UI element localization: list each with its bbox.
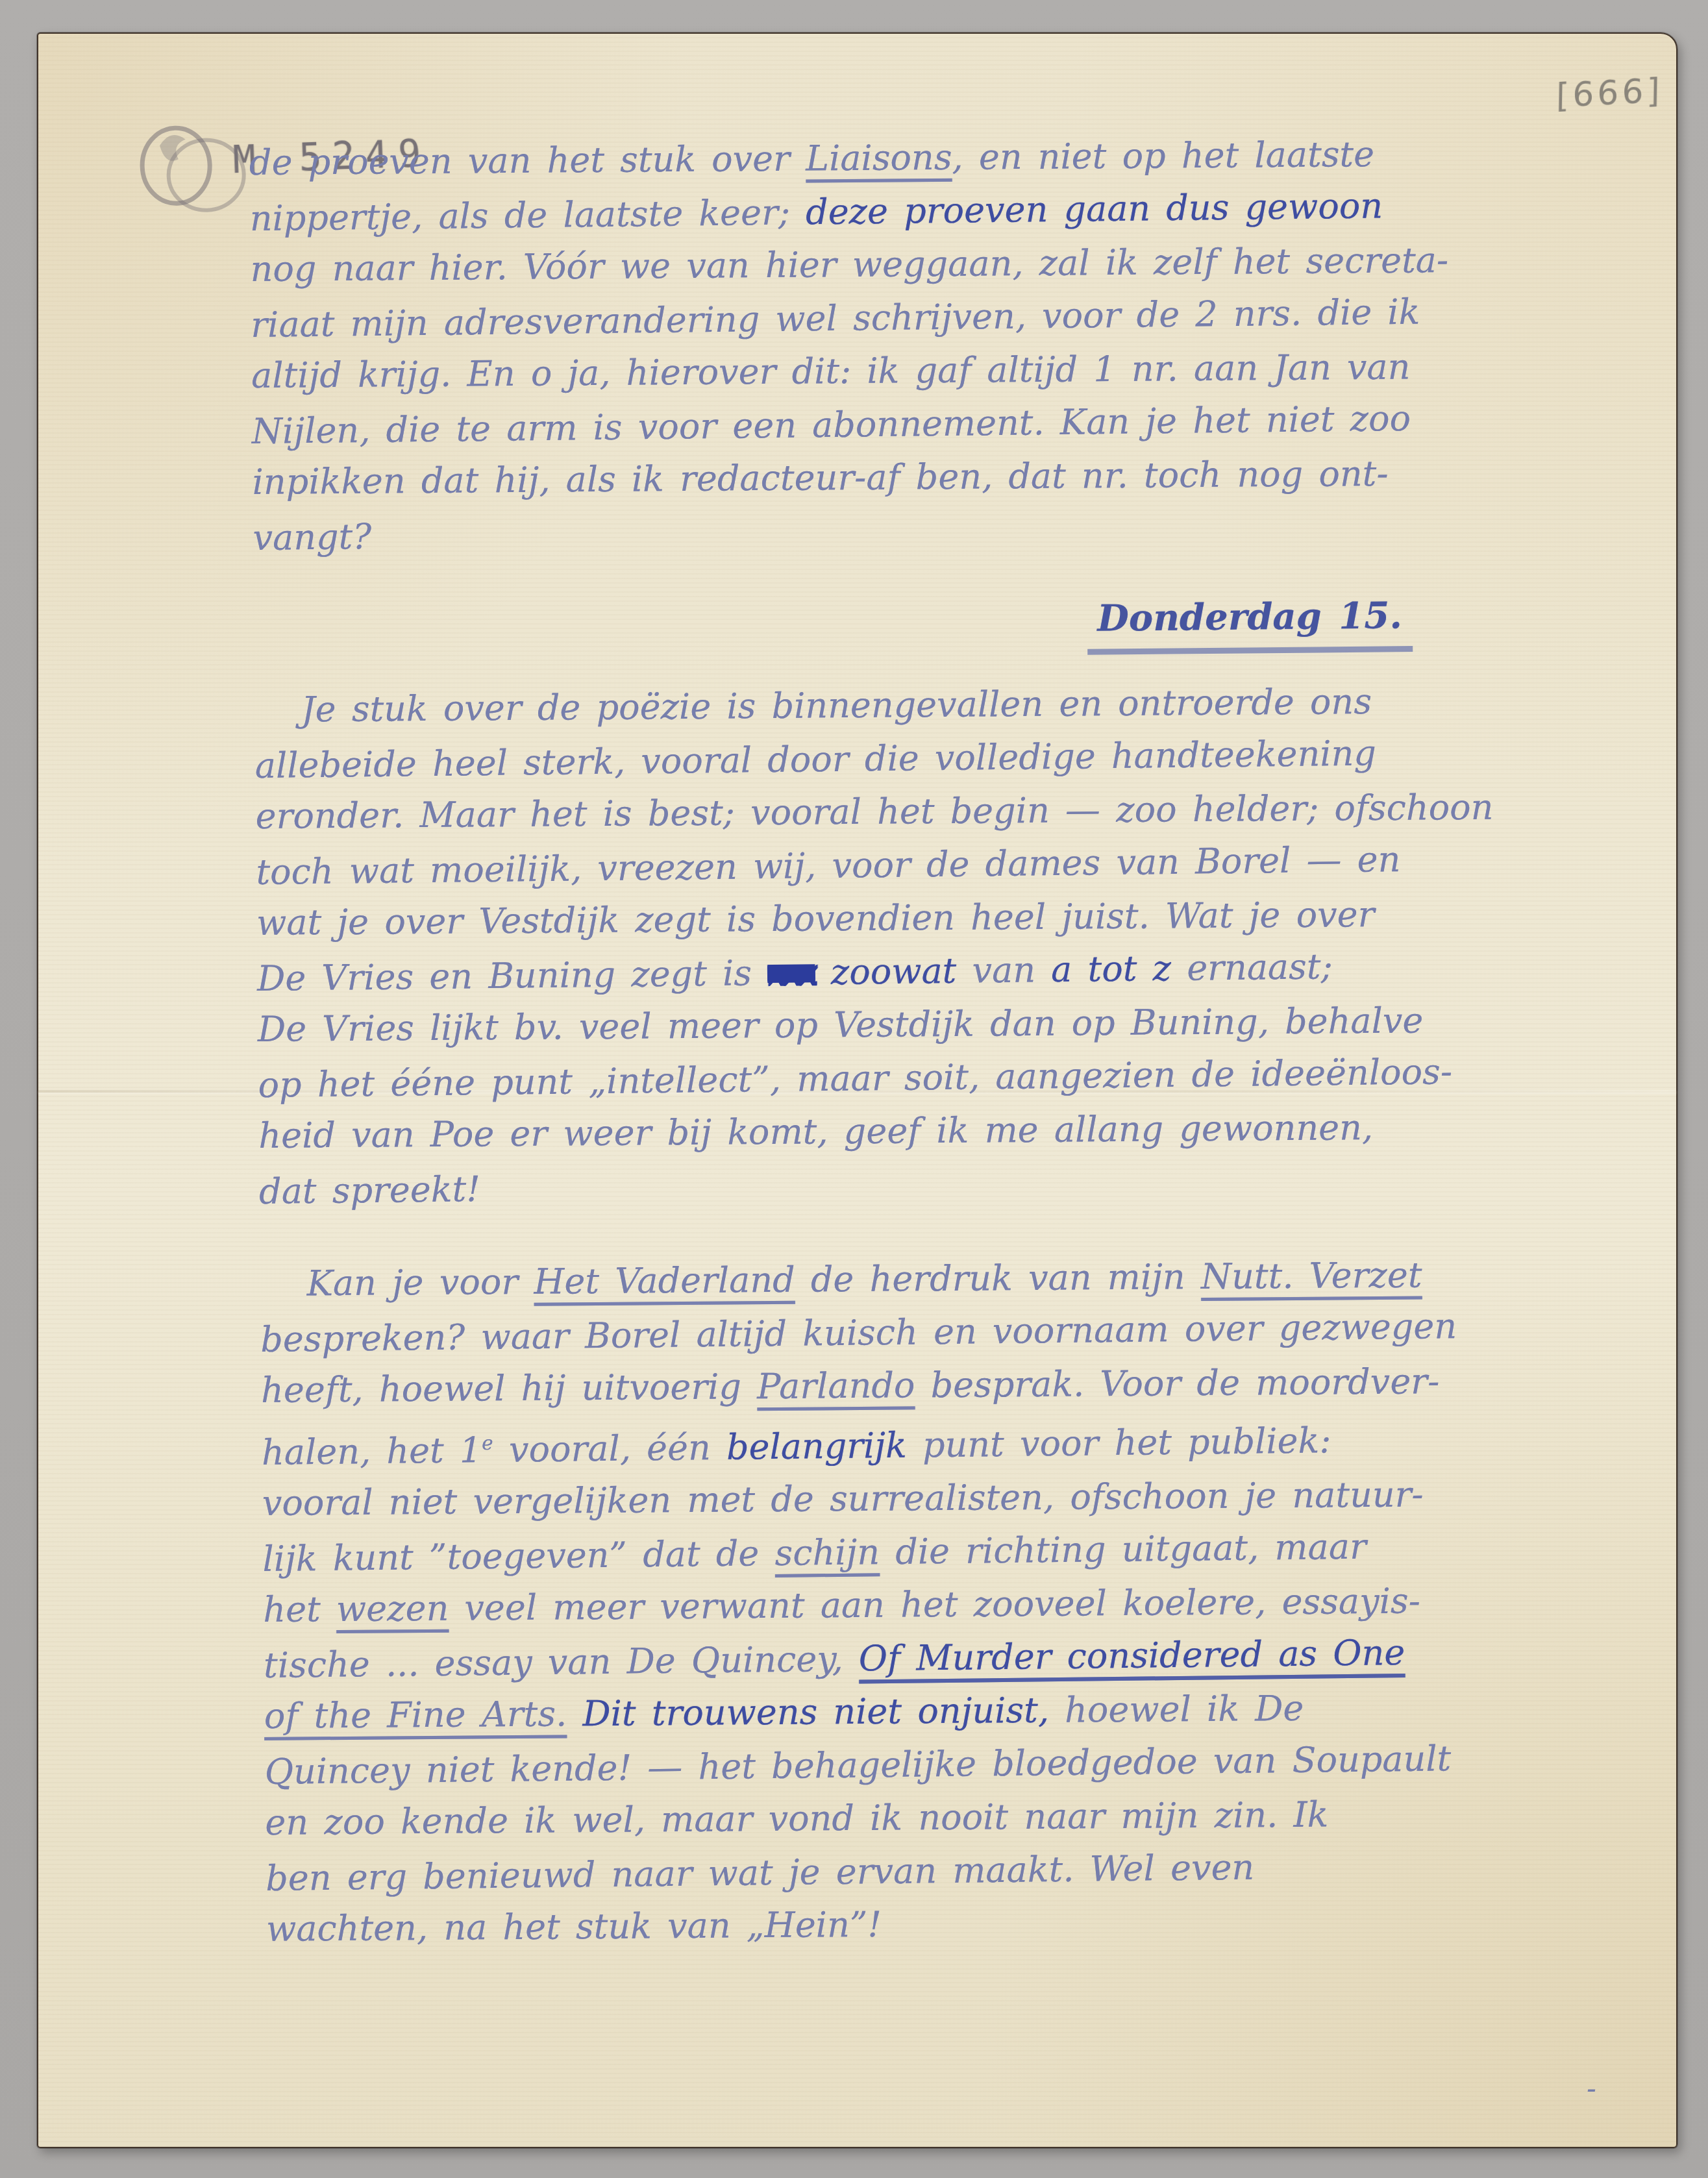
handwriting-segment: [815, 952, 831, 993]
handwriting-segment: en zoo kende ik wel, maar vond ik nooit …: [265, 1794, 1328, 1843]
handwriting-line: wachten, na het stuk van „Hein”!: [266, 1892, 1640, 1956]
handwriting-segment: veel meer verwant aan het zooveel koeler…: [449, 1581, 1420, 1629]
handwriting-segment: tische ... essay van De Quincey,: [264, 1639, 859, 1686]
handwriting-segment: De Vries en Buning zegt is: [257, 952, 768, 999]
handwriting-segment: wezen: [336, 1588, 449, 1629]
letter-main-paragraphs: Je stuk over de poëzie is binnengevallen…: [254, 672, 1640, 1957]
handwriting-segment: Nijlen, die te arm is voor een abonnemen…: [252, 398, 1411, 452]
handwriting-segment: ben erg benieuwd naar wat je ervan maakt…: [266, 1847, 1255, 1899]
handwriting-segment: Het Vaderland: [534, 1259, 795, 1302]
handwriting-segment: halen, het 1: [262, 1429, 482, 1473]
handwriting-segment: of the Fine Arts.: [264, 1693, 567, 1736]
handwriting-segment: dat spreekt!: [259, 1169, 480, 1212]
handwriting-segment: [567, 1693, 583, 1734]
handwriting-segment: , en niet op het laatste: [952, 134, 1374, 178]
handwriting-segment: Liaisons: [806, 137, 952, 179]
handwriting-segment: eronder. Maar het is best; vooral het be…: [255, 787, 1493, 837]
handwriting-segment: deze proeven gaan dus gewoon: [806, 185, 1383, 232]
handwriting-segment: punt voor het publiek:: [907, 1420, 1331, 1465]
handwriting-segment: a tot z: [1051, 948, 1172, 990]
handwriting-segment: riaat mijn adresverandering wel schrijve…: [251, 291, 1420, 345]
handwriting-segment: xxx: [767, 952, 815, 993]
pencil-page-number: [666]: [1556, 71, 1664, 116]
letter-intro-paragraphs: de proeven van het stuk over Liaisons, e…: [249, 125, 1626, 563]
handwriting-segment: Kan je voor: [306, 1261, 534, 1304]
handwriting-segment: die richting uitgaat, maar: [880, 1526, 1367, 1573]
handwriting-segment: wat je over Vestdijk zegt is bovendien h…: [256, 894, 1375, 943]
letter-paragraph: de proeven van het stuk over Liaisons, e…: [249, 125, 1626, 563]
handwriting-segment: vooral, één: [493, 1427, 726, 1470]
handwriting-segment: schijn: [774, 1531, 880, 1574]
handwriting-segment: heid van Poe er weer bij komt, geef ik m…: [258, 1107, 1373, 1156]
handwriting-segment: De Vries lijkt bv. veel meer op Vestdijk…: [258, 1000, 1424, 1049]
handwriting-segment: heeft, hoewel hij uitvoerig: [261, 1366, 758, 1411]
handwriting-segment: besprak. Voor de moordver-: [915, 1361, 1439, 1405]
letter-paragraph: Kan je voor Het Vaderland de herdruk van…: [260, 1246, 1639, 1957]
handwriting-segment: Je stuk over de poëzie is binnengevallen…: [301, 681, 1372, 730]
handwriting-segment: op het ééne punt „intellect”, maar soit,…: [258, 1051, 1452, 1106]
handwriting-segment: nog naar hier. Vóór we van hier weggaan,…: [250, 240, 1448, 290]
handwriting-segment: belangrijk: [726, 1425, 908, 1468]
handwriting-segment: inpikken dat hij, als ik redacteur-af be…: [252, 453, 1388, 502]
handwriting-segment: bespreken? waar Borel altijd kuisch en v…: [260, 1306, 1457, 1360]
handwritten-letter-body: de proeven van het stuk over Liaisons, e…: [249, 125, 1640, 1961]
handwriting-segment: Nutt. Verzet: [1201, 1254, 1422, 1297]
handwriting-segment: de herdruk van mijn: [795, 1256, 1201, 1300]
handwriting-segment: nippertje, als de laatste keer;: [249, 192, 806, 239]
letter-date-heading: Donderdag 15.: [1087, 586, 1413, 655]
handwriting-segment: altijd krijg. En o ja, hierover dit: ik …: [251, 347, 1411, 396]
handwriting-segment: Of Murder considered as One: [859, 1632, 1405, 1679]
letter-paragraph: Je stuk over de poëzie is binnengevallen…: [254, 672, 1633, 1217]
handwriting-segment: e: [482, 1432, 493, 1455]
handwriting-segment: lijk kunt ”toegeven” dat de: [262, 1533, 775, 1579]
handwriting-segment: vangt?: [253, 516, 371, 558]
handwriting-segment: ernaast;: [1171, 946, 1333, 989]
handwriting-segment: zoowat: [830, 950, 956, 993]
handwriting-segment: de proeven van het stuk over: [249, 138, 806, 183]
letter-page: M 5249 [666] de proeven van het stuk ove…: [37, 32, 1677, 2148]
handwriting-segment: Dit trouwens niet onjuist,: [582, 1690, 1049, 1734]
handwriting-segment: wachten, na het stuk van „Hein”!: [266, 1904, 882, 1949]
handwriting-segment: Parlando: [757, 1365, 915, 1407]
handwriting-segment: allebeide heel sterk, vooral door die vo…: [254, 732, 1376, 786]
handwriting-segment: Quincey niet kende! — het behagelijke bl…: [264, 1738, 1451, 1792]
handwriting-segment: het: [263, 1589, 336, 1630]
ink-dash-mark: -: [1587, 2072, 1596, 2105]
handwriting-segment: van: [956, 949, 1052, 991]
handwriting-segment: toch wat moeilijk, vreezen wij, voor de …: [256, 839, 1401, 893]
handwriting-segment: hoewel ik De: [1049, 1688, 1304, 1731]
handwriting-segment: vooral niet vergelijken met de surrealis…: [262, 1474, 1424, 1523]
